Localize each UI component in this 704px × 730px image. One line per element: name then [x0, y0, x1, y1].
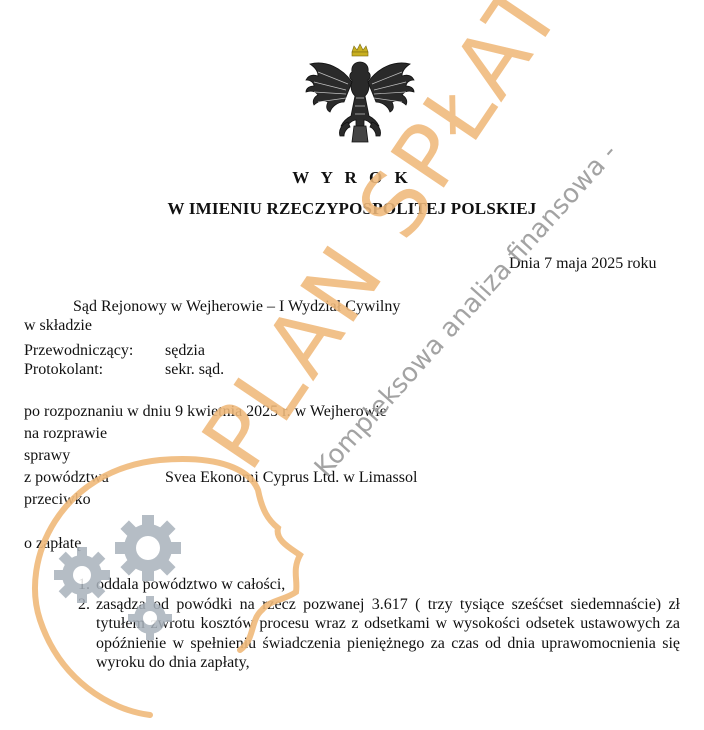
document-title: W Y R O K — [0, 168, 704, 188]
presiding-label: Przewodniczący: — [24, 341, 133, 360]
case-subject: o zapłatę — [24, 534, 81, 553]
ruling-text: zasądza od powódki na rzecz pozwanej 3.6… — [96, 596, 680, 672]
ruling-number: 2. — [64, 595, 90, 615]
document-subtitle: W IMIENIU RZECZYPOSPOLITEJ POLSKIEJ — [0, 199, 704, 219]
hearing-line: po rozpoznaniu w dniu 9 kwietnia 2025 r.… — [24, 402, 387, 421]
plaintiff-label: z powództwa — [24, 468, 109, 487]
ruling-item: 1. oddala powództwo w całości, — [64, 575, 680, 595]
against-label: przeciwko — [24, 490, 91, 509]
clerk-label: Protokolant: — [24, 360, 103, 379]
judgment-document: W Y R O K W IMIENIU RZECZYPOSPOLITEJ POL… — [0, 0, 704, 730]
rulings-list: 1. oddala powództwo w całości, 2. zasądz… — [64, 575, 680, 673]
court-name: Sąd Rejonowy w Wejherowie – I Wydział Cy… — [73, 297, 400, 316]
polish-eagle-emblem-icon — [300, 42, 420, 146]
clerk-value: sekr. sąd. — [165, 360, 224, 379]
case-label: sprawy — [24, 446, 70, 465]
ruling-text: oddala powództwo w całości, — [96, 576, 285, 593]
presiding-value: sędzia — [165, 341, 205, 360]
composition-label: w składzie — [24, 316, 92, 335]
ruling-number: 1. — [64, 575, 90, 595]
hearing-type: na rozprawie — [24, 424, 107, 443]
judgment-date: Dnia 7 maja 2025 roku — [509, 255, 657, 273]
ruling-item: 2. zasądza od powódki na rzecz pozwanej … — [64, 595, 680, 673]
plaintiff-value: Svea Ekonomi Cyprus Ltd. w Limassol — [165, 468, 417, 487]
